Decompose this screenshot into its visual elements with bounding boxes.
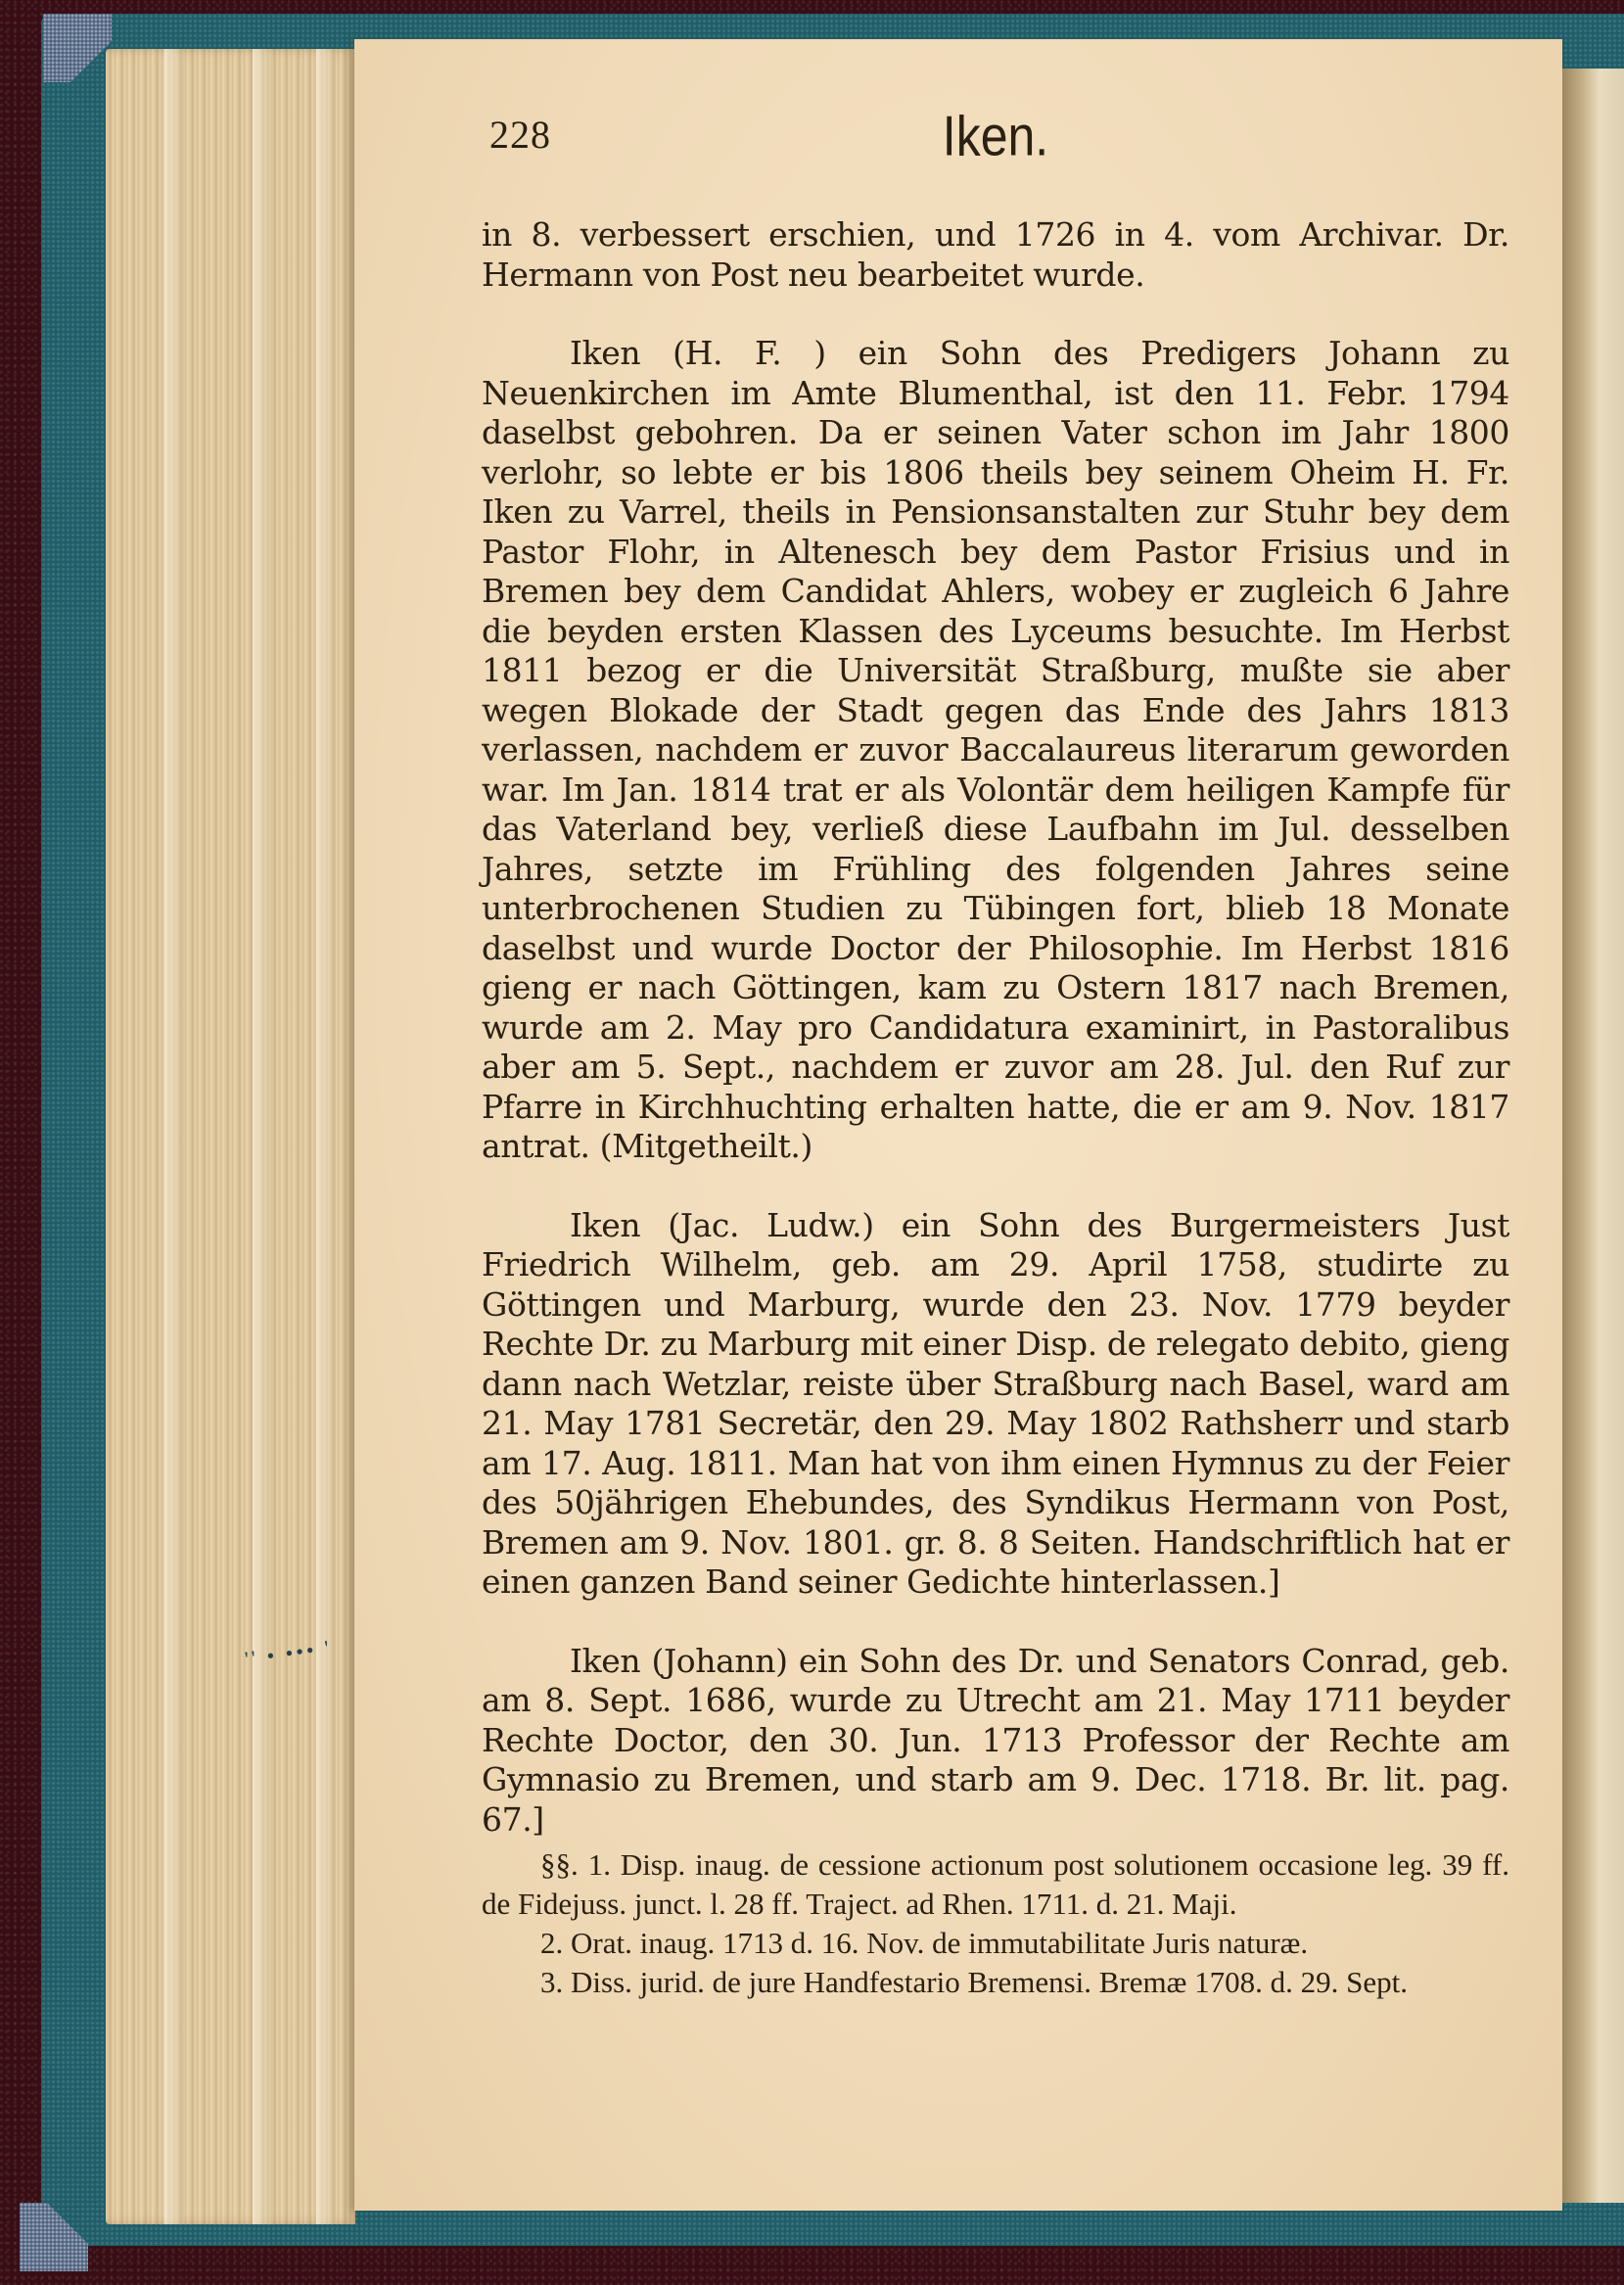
entry-iken-johann: Iken (Johann) ein Sohn des Dr. und Senat… (482, 1642, 1509, 1841)
paragraph-continuation: in 8. verbessert erschien, und 1726 in 4… (482, 215, 1509, 295)
entry-iken-h-f: Iken (H. F. ) ein Sohn des Predigers Joh… (482, 334, 1509, 1167)
work-item: 3. Diss. jurid. de jure Handfestario Bre… (482, 1963, 1509, 2002)
page-content: 228 Iken. in 8. verbessert erschien, und… (482, 98, 1509, 2002)
work-item: §§. 1. Disp. inaug. de cessione actionum… (482, 1845, 1509, 1924)
page-header: 228 Iken. (482, 98, 1509, 166)
page-edge-band (316, 49, 336, 2224)
page-edge-band (164, 49, 184, 2224)
page-stack-edges (106, 49, 355, 2224)
entry-iken-jac-ludw: Iken (Jac. Ludw.) ein Sohn des Burgermei… (482, 1206, 1509, 1603)
page-edge-band (253, 49, 272, 2224)
running-head: Iken. (482, 104, 1509, 169)
spine-gutter (1562, 69, 1624, 2203)
works-list: §§. 1. Disp. inaug. de cessione actionum… (482, 1845, 1509, 2002)
work-item: 2. Orat. inaug. 1713 d. 16. Nov. de immu… (482, 1924, 1509, 1963)
